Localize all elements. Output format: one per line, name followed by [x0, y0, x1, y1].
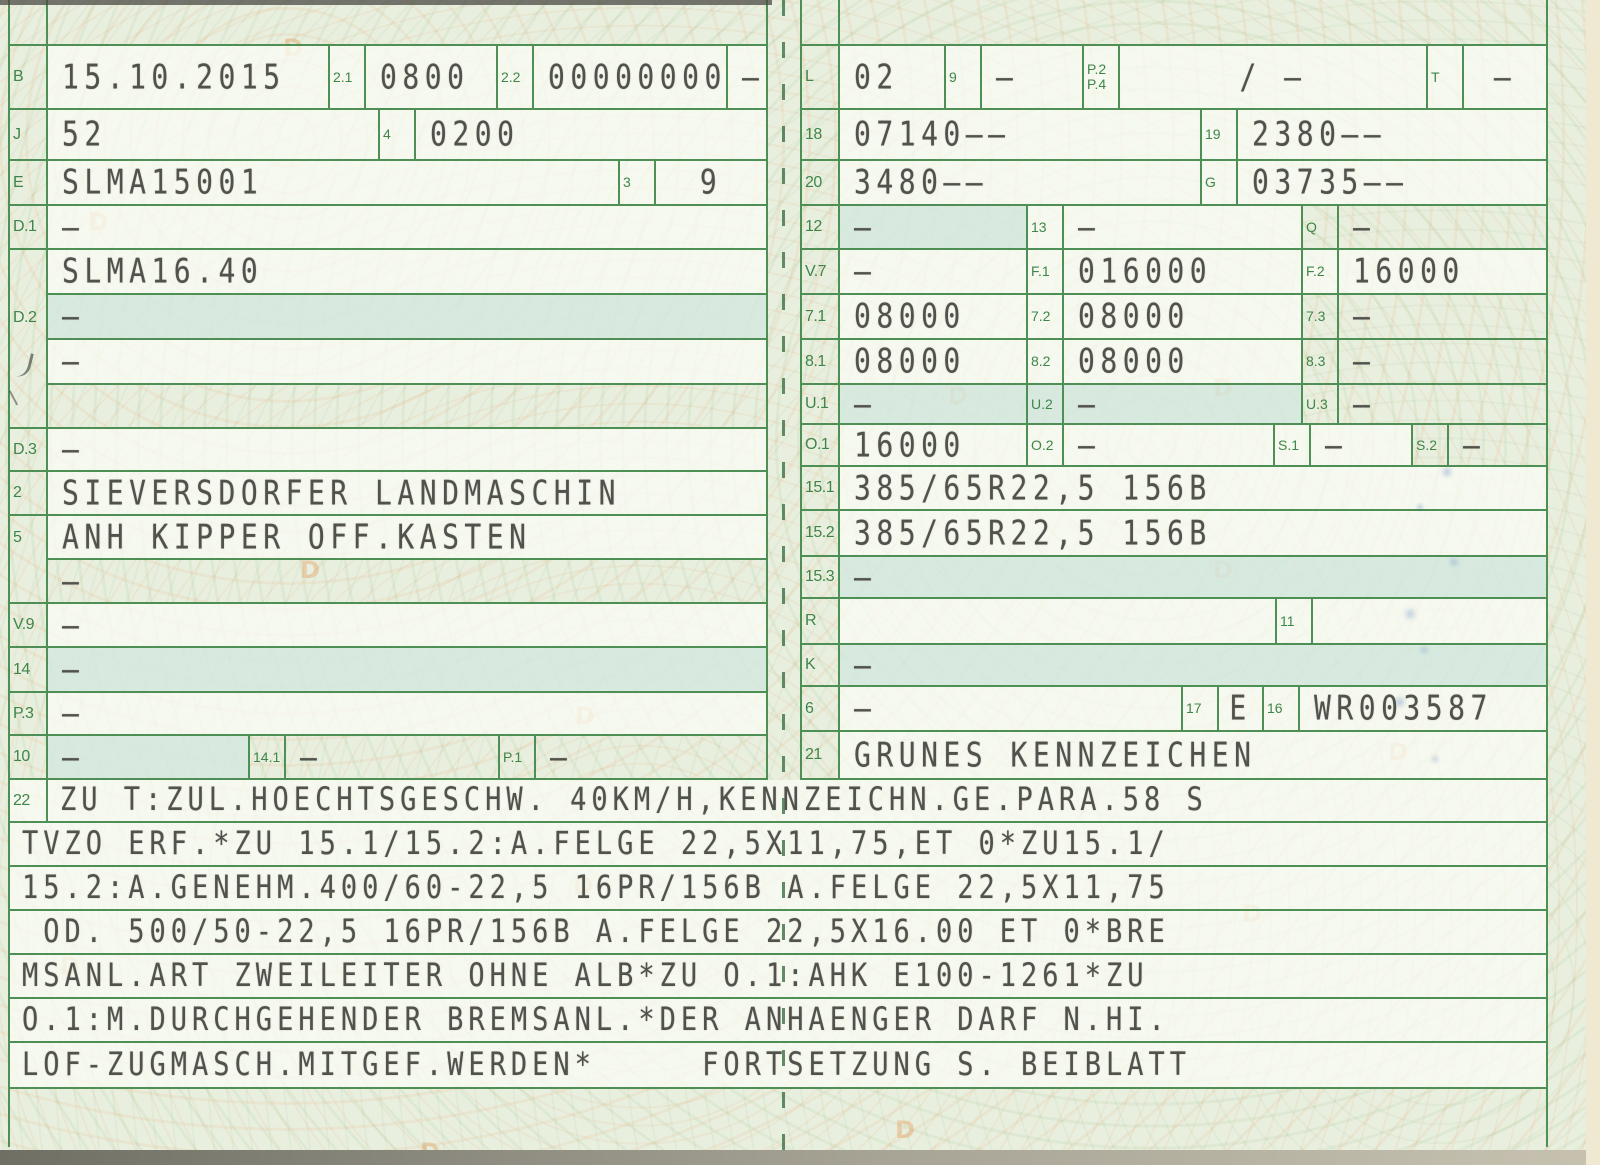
field-row-15.2: 15.2385/65R22,5 156B — [802, 511, 1546, 557]
field-cell: – — [48, 560, 766, 604]
field-cell: 52 — [48, 110, 378, 161]
field-value: – — [1449, 429, 1546, 462]
field-cell: – — [48, 429, 766, 472]
sub-field-label: 3 — [620, 161, 656, 204]
sub-field-label: 17 — [1183, 687, 1219, 730]
field-row-D.2: D.2– — [10, 295, 766, 340]
field-value: – — [840, 211, 1026, 244]
sub-field-label: P.1 — [500, 736, 536, 778]
field-value — [48, 6, 766, 39]
field-value: – — [48, 741, 248, 774]
sub-field-label: T — [1428, 46, 1464, 108]
field-cell: – — [840, 385, 1026, 425]
row-label: R — [802, 599, 840, 645]
field-value: ANH KIPPER OFF.KASTEN — [48, 521, 766, 554]
field-value: – — [48, 609, 766, 642]
row-label: J — [10, 110, 48, 161]
field-value: – — [48, 697, 766, 730]
field-value: 016000 — [1064, 255, 1301, 288]
sub-field-label: G — [1202, 161, 1238, 204]
sub-field-label: F.2 — [1303, 250, 1339, 293]
field-value: 08000 — [840, 345, 1026, 378]
sub-field-label: 9 — [946, 46, 982, 108]
right-page-fields: L029–P.2 P.4/ –T–1807140––192380––203480… — [800, 0, 1548, 780]
field-row-10: 10–14.1–P.1– — [10, 736, 766, 780]
field-row-2: 2SIEVERSDORFER LANDMASCHIN — [10, 472, 766, 516]
row-label: 15.2 — [802, 511, 840, 557]
row-label — [802, 0, 840, 46]
field-cell — [48, 0, 766, 46]
field-row-6: 6–17E16WR003587 — [802, 687, 1546, 732]
field-value: – — [840, 255, 1026, 288]
field-value: 08000 — [1064, 300, 1301, 333]
field-value: 385/65R22,5 156B — [840, 517, 1546, 550]
field-value: – — [1064, 211, 1301, 244]
field-row-J: J5240200 — [10, 110, 766, 161]
field-cell: 385/65R22,5 156B — [840, 511, 1546, 557]
scan-edge-right — [1586, 0, 1600, 1165]
remarks-line: MSANL.ART ZWEILEITER OHNE ALB*ZU O.1:AHK… — [10, 955, 1546, 999]
field-row-O.1: O.116000O.2–S.1–S.2– — [802, 425, 1546, 467]
field-value: GRÜNES KENNZEICHEN — [840, 739, 1546, 772]
field-row-V.9: V.9– — [10, 604, 766, 648]
field-value: – — [1464, 61, 1546, 94]
field-cell: SLMA15001 — [48, 161, 618, 206]
row-label: U.1 — [802, 385, 840, 425]
field-value: SLMA15001 — [48, 166, 618, 199]
field-cell: – — [48, 648, 766, 693]
row-label: E — [10, 161, 48, 206]
field-value: – — [286, 741, 498, 774]
field-row-15.3: 15.3– — [802, 557, 1546, 599]
field-cell: P.2 P.4/ – — [1082, 46, 1426, 110]
field-value: 52 — [48, 118, 378, 151]
field-value: – — [1339, 300, 1546, 333]
row-label: 15.1 — [802, 467, 840, 511]
sub-field-label: 8.3 — [1303, 340, 1339, 383]
field-cell: – — [48, 604, 766, 648]
row-label: 7.1 — [802, 295, 840, 340]
row-label — [10, 0, 48, 46]
field-value: 2380–– — [1238, 118, 1546, 151]
sub-field-label: P.2 P.4 — [1084, 46, 1120, 108]
field-row-blank-0 — [802, 0, 1546, 46]
field-value: 9 — [656, 166, 766, 199]
field-value: 08000 — [840, 300, 1026, 333]
field-value: 16000 — [840, 429, 1026, 462]
field-cell — [840, 599, 1275, 645]
remarks-blank-row — [10, 1089, 1546, 1147]
sub-field-label: 16 — [1264, 687, 1300, 730]
row-label: D.3 — [10, 429, 48, 472]
field-cell: 3480–– — [840, 161, 1200, 206]
remarks-line: 22ZU T:ZUL.HOECHTSGESCHW. 40KM/H,KENNZEI… — [10, 780, 1546, 823]
field-cell: GRÜNES KENNZEICHEN — [840, 732, 1546, 780]
field-value: 08000 — [1064, 345, 1301, 378]
field-value: SLMA16.40 — [48, 255, 766, 288]
field-value: / – — [1120, 61, 1426, 94]
sub-field-label: 13 — [1028, 206, 1064, 248]
field-row-L: L029–P.2 P.4/ –T– — [802, 46, 1546, 110]
remarks-line: 15.2:A.GENEHM.400/60-22,5 16PR/156B A.FE… — [10, 867, 1546, 911]
remarks-text: OD. 500/50-22,5 16PR/156B A.FELGE 22,5X1… — [10, 911, 1546, 953]
field-value — [840, 605, 1275, 638]
field-cell: 7.208000 — [1026, 295, 1301, 340]
field-row-14: 14– — [10, 648, 766, 693]
sub-field-label: 7.3 — [1303, 295, 1339, 338]
field-cell: 7.3– — [1301, 295, 1546, 340]
field-cell: 08000 — [840, 340, 1026, 385]
field-value — [48, 390, 766, 423]
field-row-D.1: D.1– — [10, 206, 766, 250]
field-cell: T– — [1426, 46, 1546, 110]
field-value: 0200 — [416, 118, 766, 151]
row-label: B — [10, 46, 48, 110]
field-value: 0800 — [366, 61, 496, 94]
field-cell: 39 — [618, 161, 766, 206]
field-row-P.3: P.3– — [10, 693, 766, 736]
field-value: – — [1064, 429, 1273, 462]
field-row-B: B15.10.20152.108002.200000000– — [10, 46, 766, 110]
field-cell: F.1016000 — [1026, 250, 1301, 295]
field-cell: 8.208000 — [1026, 340, 1301, 385]
field-row-15.1: 15.1385/65R22,5 156B — [802, 467, 1546, 511]
row-label — [10, 560, 48, 604]
field-cell: S.2– — [1411, 425, 1546, 467]
field-cell: – — [48, 206, 766, 250]
field-cell: 11 — [1275, 599, 1546, 645]
sub-field-label: Q — [1303, 206, 1339, 248]
left-page-fields: B15.10.20152.108002.200000000–J5240200ES… — [8, 0, 768, 780]
field-cell: SIEVERSDORFER LANDMASCHIN — [48, 472, 766, 516]
field-cell: 385/65R22,5 156B — [840, 467, 1546, 511]
field-cell: 16WR003587 — [1262, 687, 1546, 732]
field-row-blank-5: SLMA16.40 — [10, 250, 766, 295]
field-cell: ANH KIPPER OFF.KASTEN — [48, 516, 766, 560]
sub-field-label: 7.2 — [1028, 295, 1064, 338]
field-value: SIEVERSDORFER LANDMASCHIN — [48, 477, 766, 510]
row-label: 15.3 — [802, 557, 840, 599]
remarks-text: TVZO ERF.*ZU 15.1/15.2:A.FELGE 22,5X11,7… — [10, 823, 1546, 865]
field-value: – — [840, 388, 1026, 421]
field-row-5: 5ANH KIPPER OFF.KASTEN — [10, 516, 766, 560]
field-cell: 2.10800 — [328, 46, 496, 110]
field-row-20: 203480––G03735–– — [802, 161, 1546, 206]
row-label: O.1 — [802, 425, 840, 467]
sub-field-label: F.1 — [1028, 250, 1064, 293]
field-row-8.1: 8.1080008.2080008.3– — [802, 340, 1546, 385]
field-cell — [840, 0, 1546, 46]
remarks-text: MSANL.ART ZWEILEITER OHNE ALB*ZU O.1:AHK… — [10, 955, 1546, 997]
field-value: 385/65R22,5 156B — [840, 472, 1546, 505]
row-label: 14 — [10, 648, 48, 693]
field-value: – — [536, 741, 766, 774]
field-cell: – — [840, 645, 1546, 687]
field-row-12: 12–13–Q– — [802, 206, 1546, 250]
field-value: – — [840, 692, 1181, 725]
row-label: V.9 — [10, 604, 48, 648]
field-value: – — [48, 565, 766, 598]
field-cell: – — [726, 46, 766, 110]
field-value: – — [48, 300, 766, 333]
sub-field-label: S.1 — [1275, 425, 1311, 465]
field-value: – — [48, 211, 766, 244]
field-value: – — [1339, 345, 1546, 378]
field-cell: – — [48, 736, 248, 780]
field-cell: 07140–– — [840, 110, 1200, 161]
field-value: – — [1311, 429, 1411, 462]
field-cell: SLMA16.40 — [48, 250, 766, 295]
row-label: P.3 — [10, 693, 48, 736]
remarks-line: OD. 500/50-22,5 16PR/156B A.FELGE 22,5X1… — [10, 911, 1546, 955]
row-label: 10 — [10, 736, 48, 780]
row-label: V.7 — [802, 250, 840, 295]
field-cell: – — [840, 557, 1546, 599]
sub-field-label: U.3 — [1303, 385, 1339, 423]
field-cell: – — [840, 250, 1026, 295]
field-cell: 15.10.2015 — [48, 46, 328, 110]
sub-field-label: 2.1 — [330, 46, 366, 108]
field-value — [1313, 605, 1546, 638]
field-row-D.3: D.3– — [10, 429, 766, 472]
field-value: 3480–– — [840, 166, 1200, 199]
field-row-K: K– — [802, 645, 1546, 687]
field-row-V.7: V.7–F.1016000F.216000 — [802, 250, 1546, 295]
field-value: E — [1219, 692, 1262, 725]
row-label: 20 — [802, 161, 840, 206]
sub-field-label: O.2 — [1028, 425, 1064, 465]
field-row-blank-8 — [10, 385, 766, 429]
field-row-U.1: U.1–U.2–U.3– — [802, 385, 1546, 425]
field-value: 02 — [840, 61, 944, 94]
field-cell: 08000 — [840, 295, 1026, 340]
row-label: 18 — [802, 110, 840, 161]
field-cell: 8.3– — [1301, 340, 1546, 385]
field-value: 07140–– — [840, 118, 1200, 151]
row-label: 5 — [10, 516, 48, 560]
row-label: 22 — [10, 780, 48, 821]
field-cell: – — [48, 295, 766, 340]
field-cell: G03735–– — [1200, 161, 1546, 206]
sub-field-label: 11 — [1277, 599, 1313, 643]
field-cell: 02 — [840, 46, 944, 110]
sub-field-label: 19 — [1202, 110, 1238, 159]
field-value: – — [1064, 388, 1301, 421]
remarks-line: TVZO ERF.*ZU 15.1/15.2:A.FELGE 22,5X11,7… — [10, 823, 1546, 867]
scan-edge-top — [0, 0, 772, 5]
field-row-R: R11 — [802, 599, 1546, 645]
row-label: 12 — [802, 206, 840, 250]
field-cell: F.216000 — [1301, 250, 1546, 295]
row-label: 2 — [10, 472, 48, 516]
field-cell: 2.200000000 — [496, 46, 726, 110]
field-row-18: 1807140––192380–– — [802, 110, 1546, 161]
field-row-blank-0 — [10, 0, 766, 46]
field-cell: 16000 — [840, 425, 1026, 467]
field-row-7.1: 7.1080007.2080007.3– — [802, 295, 1546, 340]
sub-field-label: 2.2 — [498, 46, 534, 108]
field-value: – — [840, 649, 1546, 682]
row-label: L — [802, 46, 840, 110]
field-cell: S.1– — [1273, 425, 1411, 467]
field-value: – — [1339, 388, 1546, 421]
field-cell: – — [48, 693, 766, 736]
field-cell: 17E — [1181, 687, 1262, 732]
remarks-line: LOF-ZUGMASCH.MITGEF.WERDEN* FORTSETZUNG … — [10, 1043, 1546, 1089]
field-cell: U.3– — [1301, 385, 1546, 425]
scan-edge-bottom — [0, 1150, 1600, 1165]
row-label: 8.1 — [802, 340, 840, 385]
sub-field-label: 14.1 — [250, 736, 286, 778]
field-value: WR003587 — [1300, 692, 1546, 725]
field-row-21: 21GRÜNES KENNZEICHEN — [802, 732, 1546, 780]
field-value: 15.10.2015 — [48, 61, 328, 94]
field-value: – — [48, 433, 766, 466]
field-value: 00000000 — [534, 61, 726, 94]
field-cell: 9– — [944, 46, 1082, 110]
field-row-blank-7: – — [10, 340, 766, 385]
field-value: – — [840, 561, 1546, 594]
field-value: 16000 — [1339, 255, 1546, 288]
field-cell: – — [840, 687, 1181, 732]
field-cell: 40200 — [378, 110, 766, 161]
row-label: 6 — [802, 687, 840, 732]
sub-field-label: S.2 — [1413, 425, 1449, 465]
field-cell — [48, 385, 766, 429]
field-value: 03735–– — [1238, 166, 1546, 199]
remarks-text: LOF-ZUGMASCH.MITGEF.WERDEN* FORTSETZUNG … — [10, 1043, 1546, 1087]
field-cell: O.2– — [1026, 425, 1273, 467]
sub-field-label: U.2 — [1028, 385, 1064, 423]
row-label: D.2 — [10, 295, 48, 340]
row-label — [10, 250, 48, 295]
sub-field-label: 8.2 — [1028, 340, 1064, 383]
row-label: D.1 — [10, 206, 48, 250]
remarks-text: 15.2:A.GENEHM.400/60-22,5 16PR/156B A.FE… — [10, 867, 1546, 909]
row-label: 21 — [802, 732, 840, 780]
remarks-section-22: 22ZU T:ZUL.HOECHTSGESCHW. 40KM/H,KENNZEI… — [8, 780, 1548, 1147]
field-cell: P.1– — [498, 736, 766, 780]
field-value: – — [982, 61, 1082, 94]
field-cell: U.2– — [1026, 385, 1301, 425]
row-label: K — [802, 645, 840, 687]
field-cell: 192380–– — [1200, 110, 1546, 161]
field-value: – — [1339, 211, 1546, 244]
fold-dashed-line — [782, 0, 785, 1150]
field-value: – — [48, 653, 766, 686]
remarks-text: O.1:M.DURCHGEHENDER BREMSANL.*DER ANHAEN… — [10, 999, 1546, 1041]
sub-field-label: 4 — [380, 110, 416, 159]
field-cell: – — [840, 206, 1026, 250]
field-cell: – — [48, 340, 766, 385]
field-cell: 13– — [1026, 206, 1301, 250]
field-value — [840, 6, 1546, 39]
field-row-E: ESLMA1500139 — [10, 161, 766, 206]
field-cell: Q– — [1301, 206, 1546, 250]
vehicle-registration-document: DDDDDDDDDDDDD B15.10.20152.108002.200000… — [0, 0, 1600, 1165]
field-cell: 14.1– — [248, 736, 498, 780]
field-value: – — [728, 61, 766, 94]
remarks-text: ZU T:ZUL.HOECHTSGESCHW. 40KM/H,KENNZEICH… — [48, 780, 1546, 821]
field-value: – — [48, 345, 766, 378]
remarks-line: O.1:M.DURCHGEHENDER BREMSANL.*DER ANHAEN… — [10, 999, 1546, 1043]
field-row-blank-12: – — [10, 560, 766, 604]
